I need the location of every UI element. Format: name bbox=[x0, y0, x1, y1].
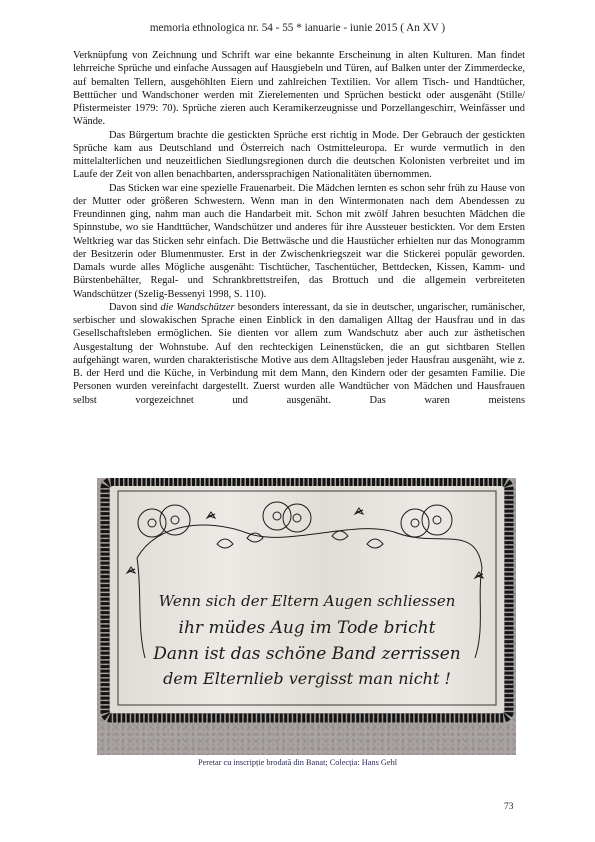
running-header: memoria ethnologica nr. 54 - 55 * ianuar… bbox=[0, 22, 595, 34]
article-body: Verknüpfung von Zeichnung und Schrift wa… bbox=[73, 49, 525, 407]
inscription-line-2: ihr müdes Aug im Tode bricht bbox=[179, 618, 436, 638]
paragraph-3: Das Sticken war eine spezielle Frauenarb… bbox=[73, 182, 525, 301]
inscription-line-1: Wenn sich der Eltern Augen schliessen bbox=[159, 592, 456, 610]
paragraph-4-lead: Davon sind bbox=[109, 302, 161, 313]
paragraph-2: Das Bürgertum brachte die gestickten Spr… bbox=[73, 129, 525, 182]
inscription-line-4: dem Elternlieb vergisst man nicht ! bbox=[163, 669, 451, 688]
embroidered-wall-hanging-photo: Wenn sich der Eltern Augen schliessen ih… bbox=[97, 478, 516, 755]
page-number: 73 bbox=[504, 802, 514, 812]
figure-caption: Peretar cu inscripție brodată din Banat;… bbox=[0, 758, 595, 767]
wall-hanging-illustration: Wenn sich der Eltern Augen schliessen ih… bbox=[97, 478, 516, 755]
inscription-line-3: Dann ist das schöne Band zerrissen bbox=[152, 644, 460, 664]
paragraph-1: Verknüpfung von Zeichnung und Schrift wa… bbox=[73, 49, 525, 129]
term-wandschuetzer: die Wandschützer bbox=[161, 302, 235, 313]
paragraph-4-rest: besonders interessant, da sie in deutsch… bbox=[73, 302, 525, 406]
paragraph-4: Davon sind die Wandschützer besonders in… bbox=[73, 301, 525, 407]
